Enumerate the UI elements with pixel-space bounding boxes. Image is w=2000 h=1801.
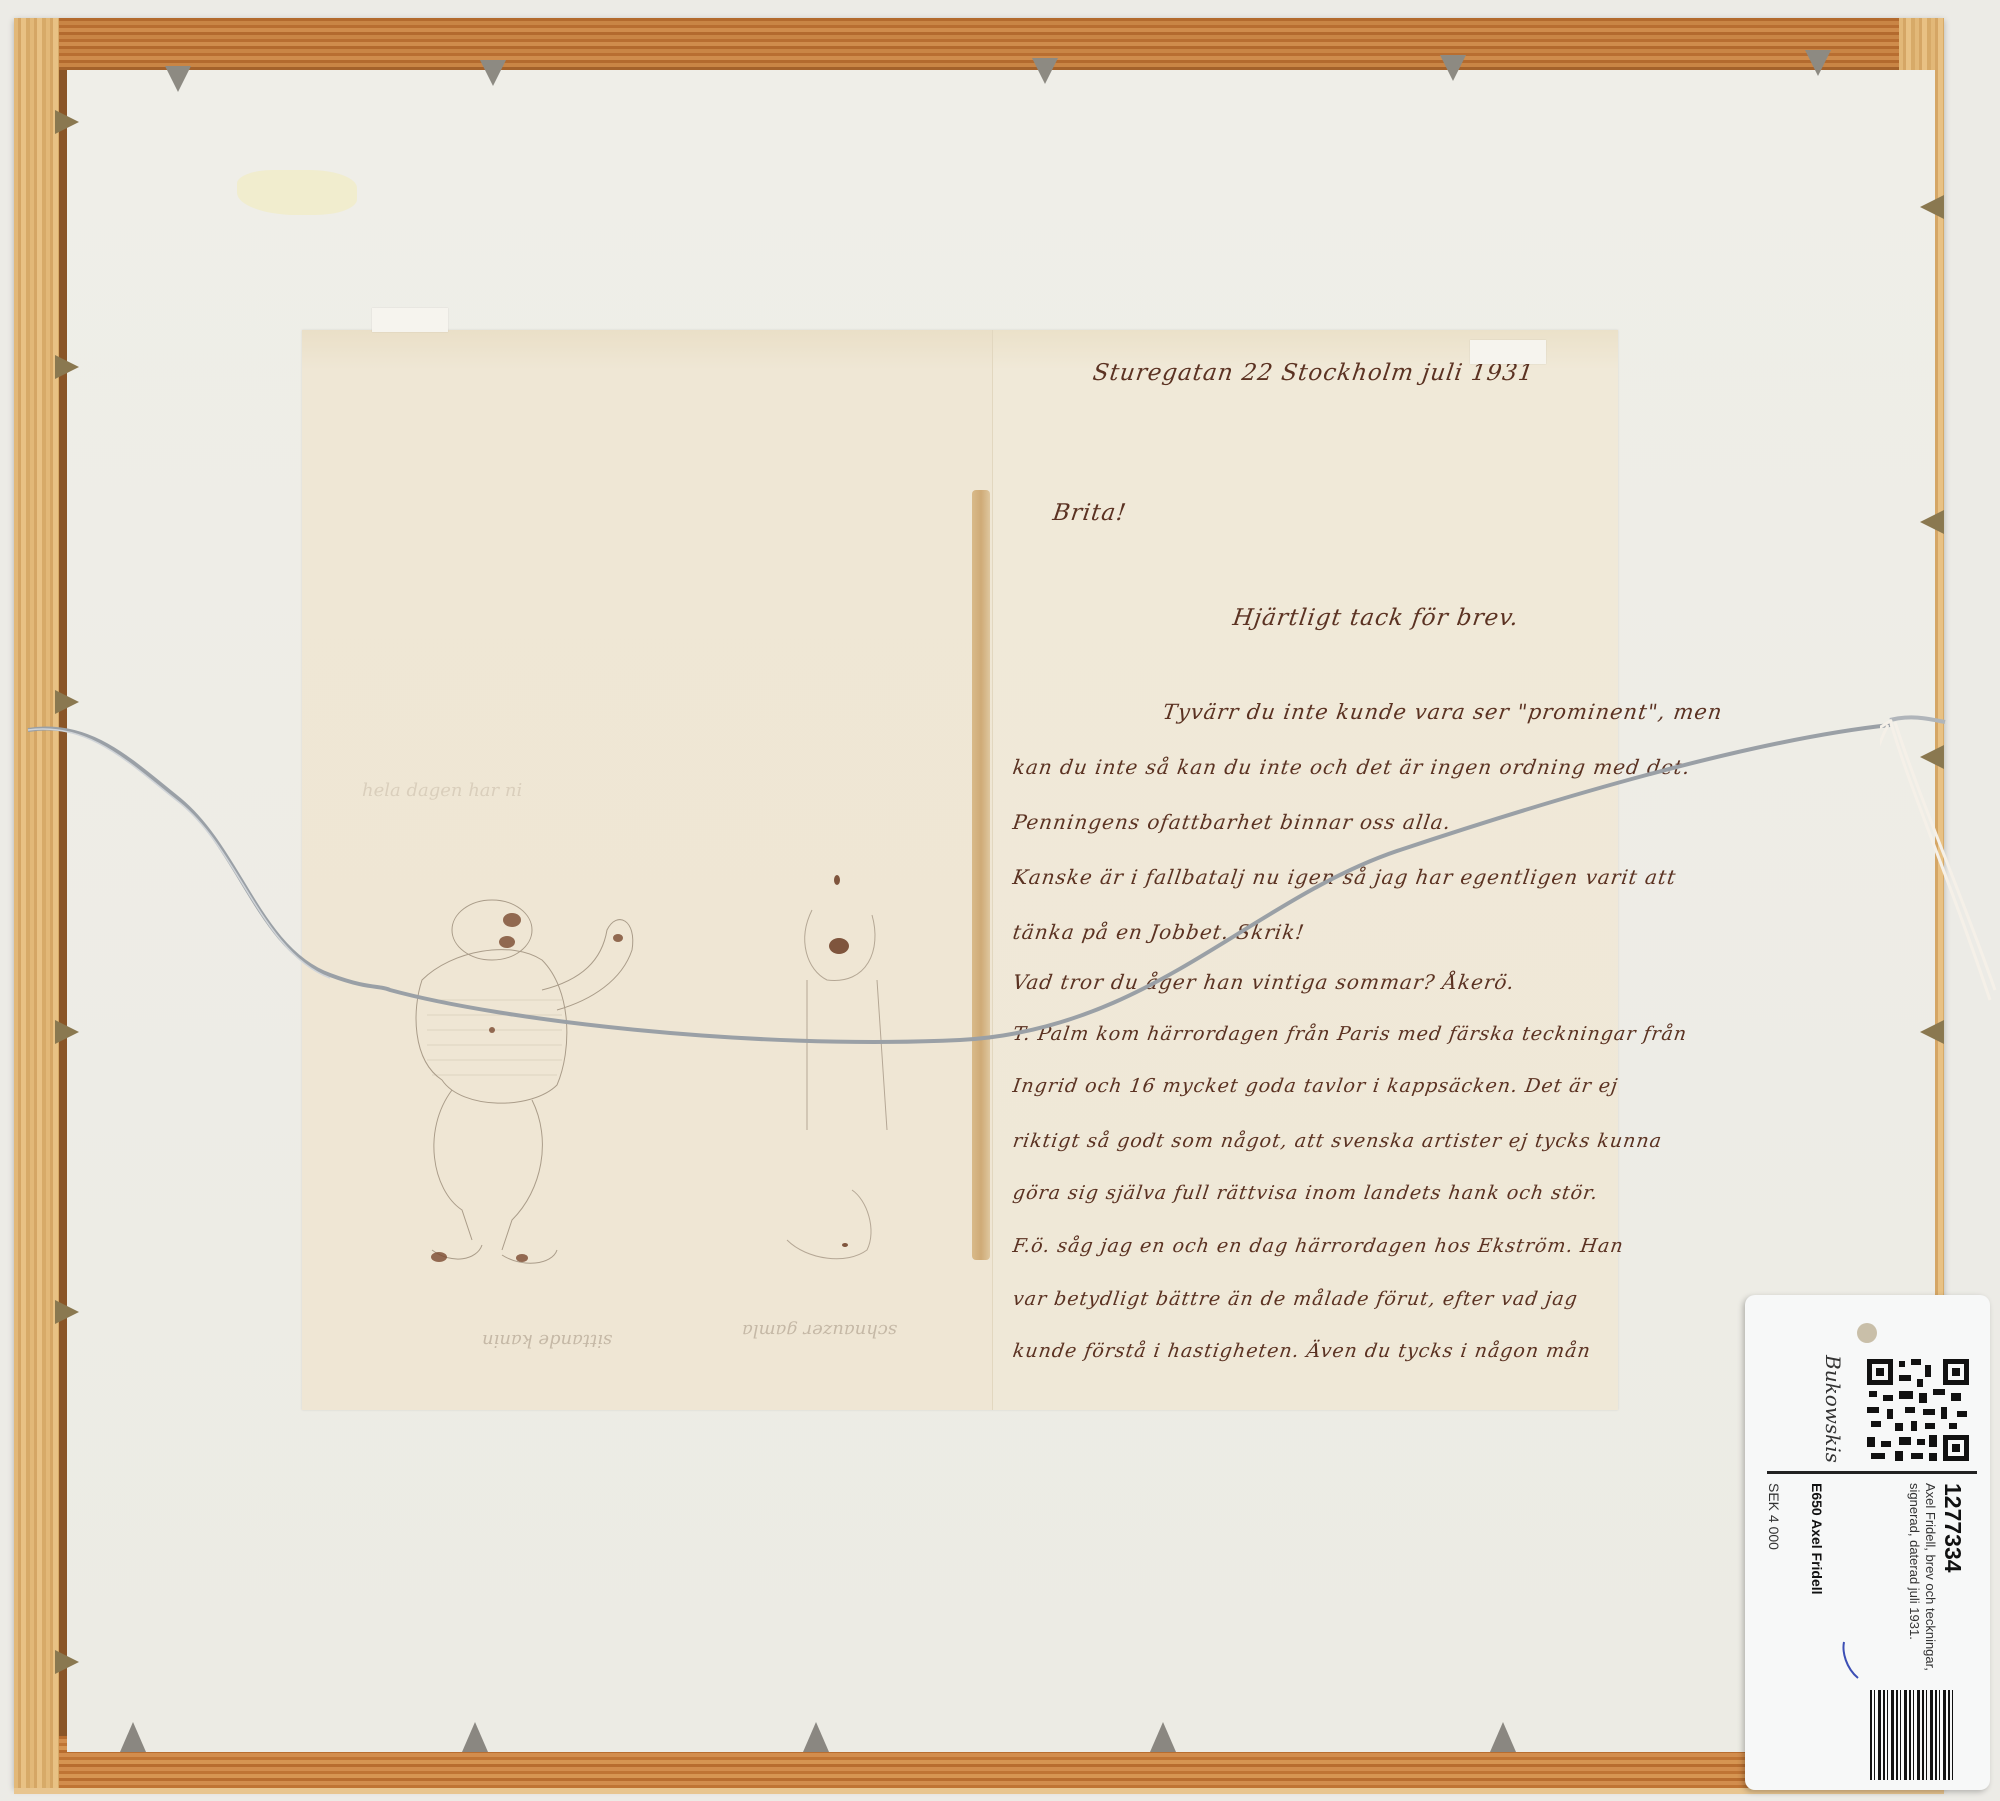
letter-line: Tyvärr du inte kunde vara ser "prominent…	[1161, 700, 1724, 724]
letter-header: Sturegatan 22 Stockholm juli 1931	[1091, 360, 1535, 386]
drawing-caption-left: sittande kanin	[482, 1330, 612, 1351]
letter-line: tänka på en Jobbet. Skrik!	[1011, 920, 1306, 944]
retaining-point-icon	[120, 1722, 146, 1752]
retaining-point-icon	[1920, 745, 1944, 769]
retaining-point-icon	[55, 1300, 79, 1324]
auction-house-logo: Bukowskis	[1821, 1355, 1845, 1463]
sketch-dog-icon	[757, 870, 967, 1310]
fold-stain	[972, 490, 990, 1260]
barcode-icon	[1870, 1690, 1955, 1780]
letter-thanks: Hjärtligt tack för brev.	[1231, 605, 1520, 631]
label-price: SEK 4 000	[1766, 1483, 1782, 1550]
label-lot: E650 Axel Fridell	[1809, 1483, 1825, 1595]
retaining-point-icon	[165, 66, 191, 92]
letter-line: Ingrid och 16 mycket goda tavlor i kapps…	[1011, 1075, 1619, 1097]
retaining-point-icon	[1150, 1722, 1176, 1752]
retaining-point-icon	[55, 110, 79, 134]
letter-sheet: Sturegatan 22 Stockholm juli 1931 Brita!…	[992, 330, 1618, 1410]
mounting-tape	[1470, 340, 1546, 364]
label-id: 1277334	[1939, 1483, 1966, 1573]
letter-line: kan du inte så kan du inte och det är in…	[1011, 755, 1692, 779]
retaining-point-icon	[1805, 50, 1831, 76]
label-divider	[1767, 1471, 1977, 1474]
letter-line: T. Palm kom härrordagen från Paris med f…	[1011, 1023, 1688, 1045]
label-description-line: Axel Fridell, brev och teckningar,	[1922, 1483, 1938, 1671]
letter-salutation: Brita!	[1051, 500, 1128, 526]
letter-line: F.ö. såg jag en och en dag härrordagen h…	[1011, 1235, 1625, 1257]
retaining-point-icon	[55, 1650, 79, 1674]
retaining-point-icon	[1920, 1020, 1944, 1044]
frame-left-rail	[14, 18, 59, 1788]
letter-paper: hela dagen har ni	[302, 330, 1618, 1410]
label-description-line: signerad, daterad juli 1931.	[1906, 1483, 1922, 1671]
pen-mark-icon	[1840, 1640, 1860, 1680]
sketch-figure-icon	[382, 870, 722, 1310]
letter-line: riktigt så godt som något, att svenska a…	[1011, 1130, 1663, 1152]
retaining-point-icon	[480, 60, 506, 86]
auction-label: 1277334 Axel Fridell, brev och teckninga…	[1745, 1295, 1990, 1790]
letter-line: göra sig själva full rättvisa inom lande…	[1011, 1182, 1599, 1204]
retaining-point-icon	[1920, 195, 1944, 219]
tape-stain	[237, 170, 357, 215]
retaining-point-icon	[1032, 58, 1058, 84]
qr-code-icon	[1865, 1357, 1971, 1463]
retaining-point-icon	[1440, 55, 1466, 81]
letter-line: Penningens ofattbarhet binnar oss alla.	[1011, 810, 1453, 834]
retaining-point-icon	[1920, 510, 1944, 534]
letter-line: kunde förstå i hastigheten. Även du tyck…	[1011, 1340, 1592, 1362]
mounting-tape	[372, 308, 448, 332]
letter-line: var betydligt bättre än de målade förut,…	[1011, 1288, 1579, 1310]
retaining-point-icon	[55, 690, 79, 714]
drawing-caption-right: schnauzer gamla	[742, 1320, 897, 1341]
retaining-point-icon	[462, 1722, 488, 1752]
retaining-point-icon	[803, 1722, 829, 1752]
retaining-point-icon	[55, 355, 79, 379]
letter-line: Vad tror du åger han vintiga sommar? Åke…	[1011, 970, 1516, 994]
letter-line: Kanske är i fallbatalj nu igen så jag ha…	[1011, 865, 1678, 889]
drawing-sheet: hela dagen har ni	[302, 330, 992, 1410]
label-description: Axel Fridell, brev och teckningar, signe…	[1906, 1483, 1938, 1671]
frame-top-rail	[14, 18, 1944, 70]
pencil-note: hela dagen har ni	[362, 780, 522, 801]
retaining-point-icon	[55, 1020, 79, 1044]
retaining-point-icon	[1490, 1722, 1516, 1752]
